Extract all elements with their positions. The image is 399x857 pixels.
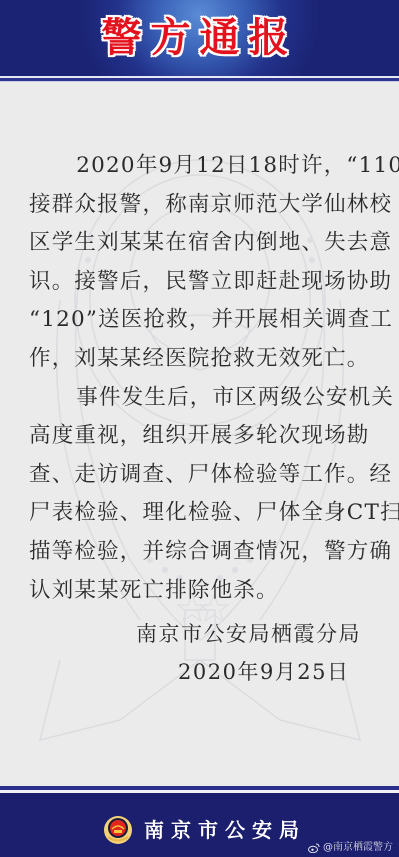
signature-organization: 南京市公安局栖霞分局 — [136, 618, 361, 648]
text-line: 描等检验，并综合调查情况，警方确 — [0, 533, 369, 572]
text-line: 认刘某某死亡排除他杀。 — [0, 572, 369, 611]
text-line: 高度重视，组织开展多轮次现场勘 — [0, 417, 369, 456]
text-line: “120”送医抢救，并开展相关调查工 — [0, 301, 369, 340]
signature-date: 2020年9月25日 — [178, 656, 350, 686]
text-line: 2020年9月12日18时许，“110” — [29, 147, 369, 186]
text-line: 区学生刘某某在宿舍内倒地、失去意 — [0, 224, 369, 263]
text-line: 事件发生后，市区两级公安机关 — [29, 379, 369, 418]
text-line: 识。接警后，民警立即赶赴现场协助 — [0, 263, 369, 302]
header-divider-pale — [0, 81, 399, 82]
page-title: 警方通报 — [0, 13, 399, 63]
text-line: 作，刘某某经医院抢救无效死亡。 — [0, 340, 369, 379]
text-line: 查、走访调查、尸体检验等工作。经 — [0, 456, 369, 495]
paragraph-2: 事件发生后，市区两级公安机关 高度重视，组织开展多轮次现场勘 查、走访调查、尸体… — [29, 379, 369, 611]
text-line: 尸表检验、理化检验、尸体全身CT扫 — [0, 494, 369, 533]
text-line: 接群众报警，称南京师范大学仙林校 — [0, 186, 369, 225]
weibo-icon — [308, 843, 320, 853]
notice-body: 2020年9月12日18时许，“110” 接群众报警，称南京师范大学仙林校 区学… — [29, 147, 369, 610]
paragraph-1: 2020年9月12日18时许，“110” 接群众报警，称南京师范大学仙林校 区学… — [29, 147, 369, 379]
weibo-watermark: @南京栖霞警方 — [308, 842, 393, 854]
footer-organization: 南京市公安局 — [144, 815, 306, 845]
weibo-handle: @南京栖霞警方 — [323, 842, 393, 854]
police-badge-icon — [103, 815, 133, 845]
